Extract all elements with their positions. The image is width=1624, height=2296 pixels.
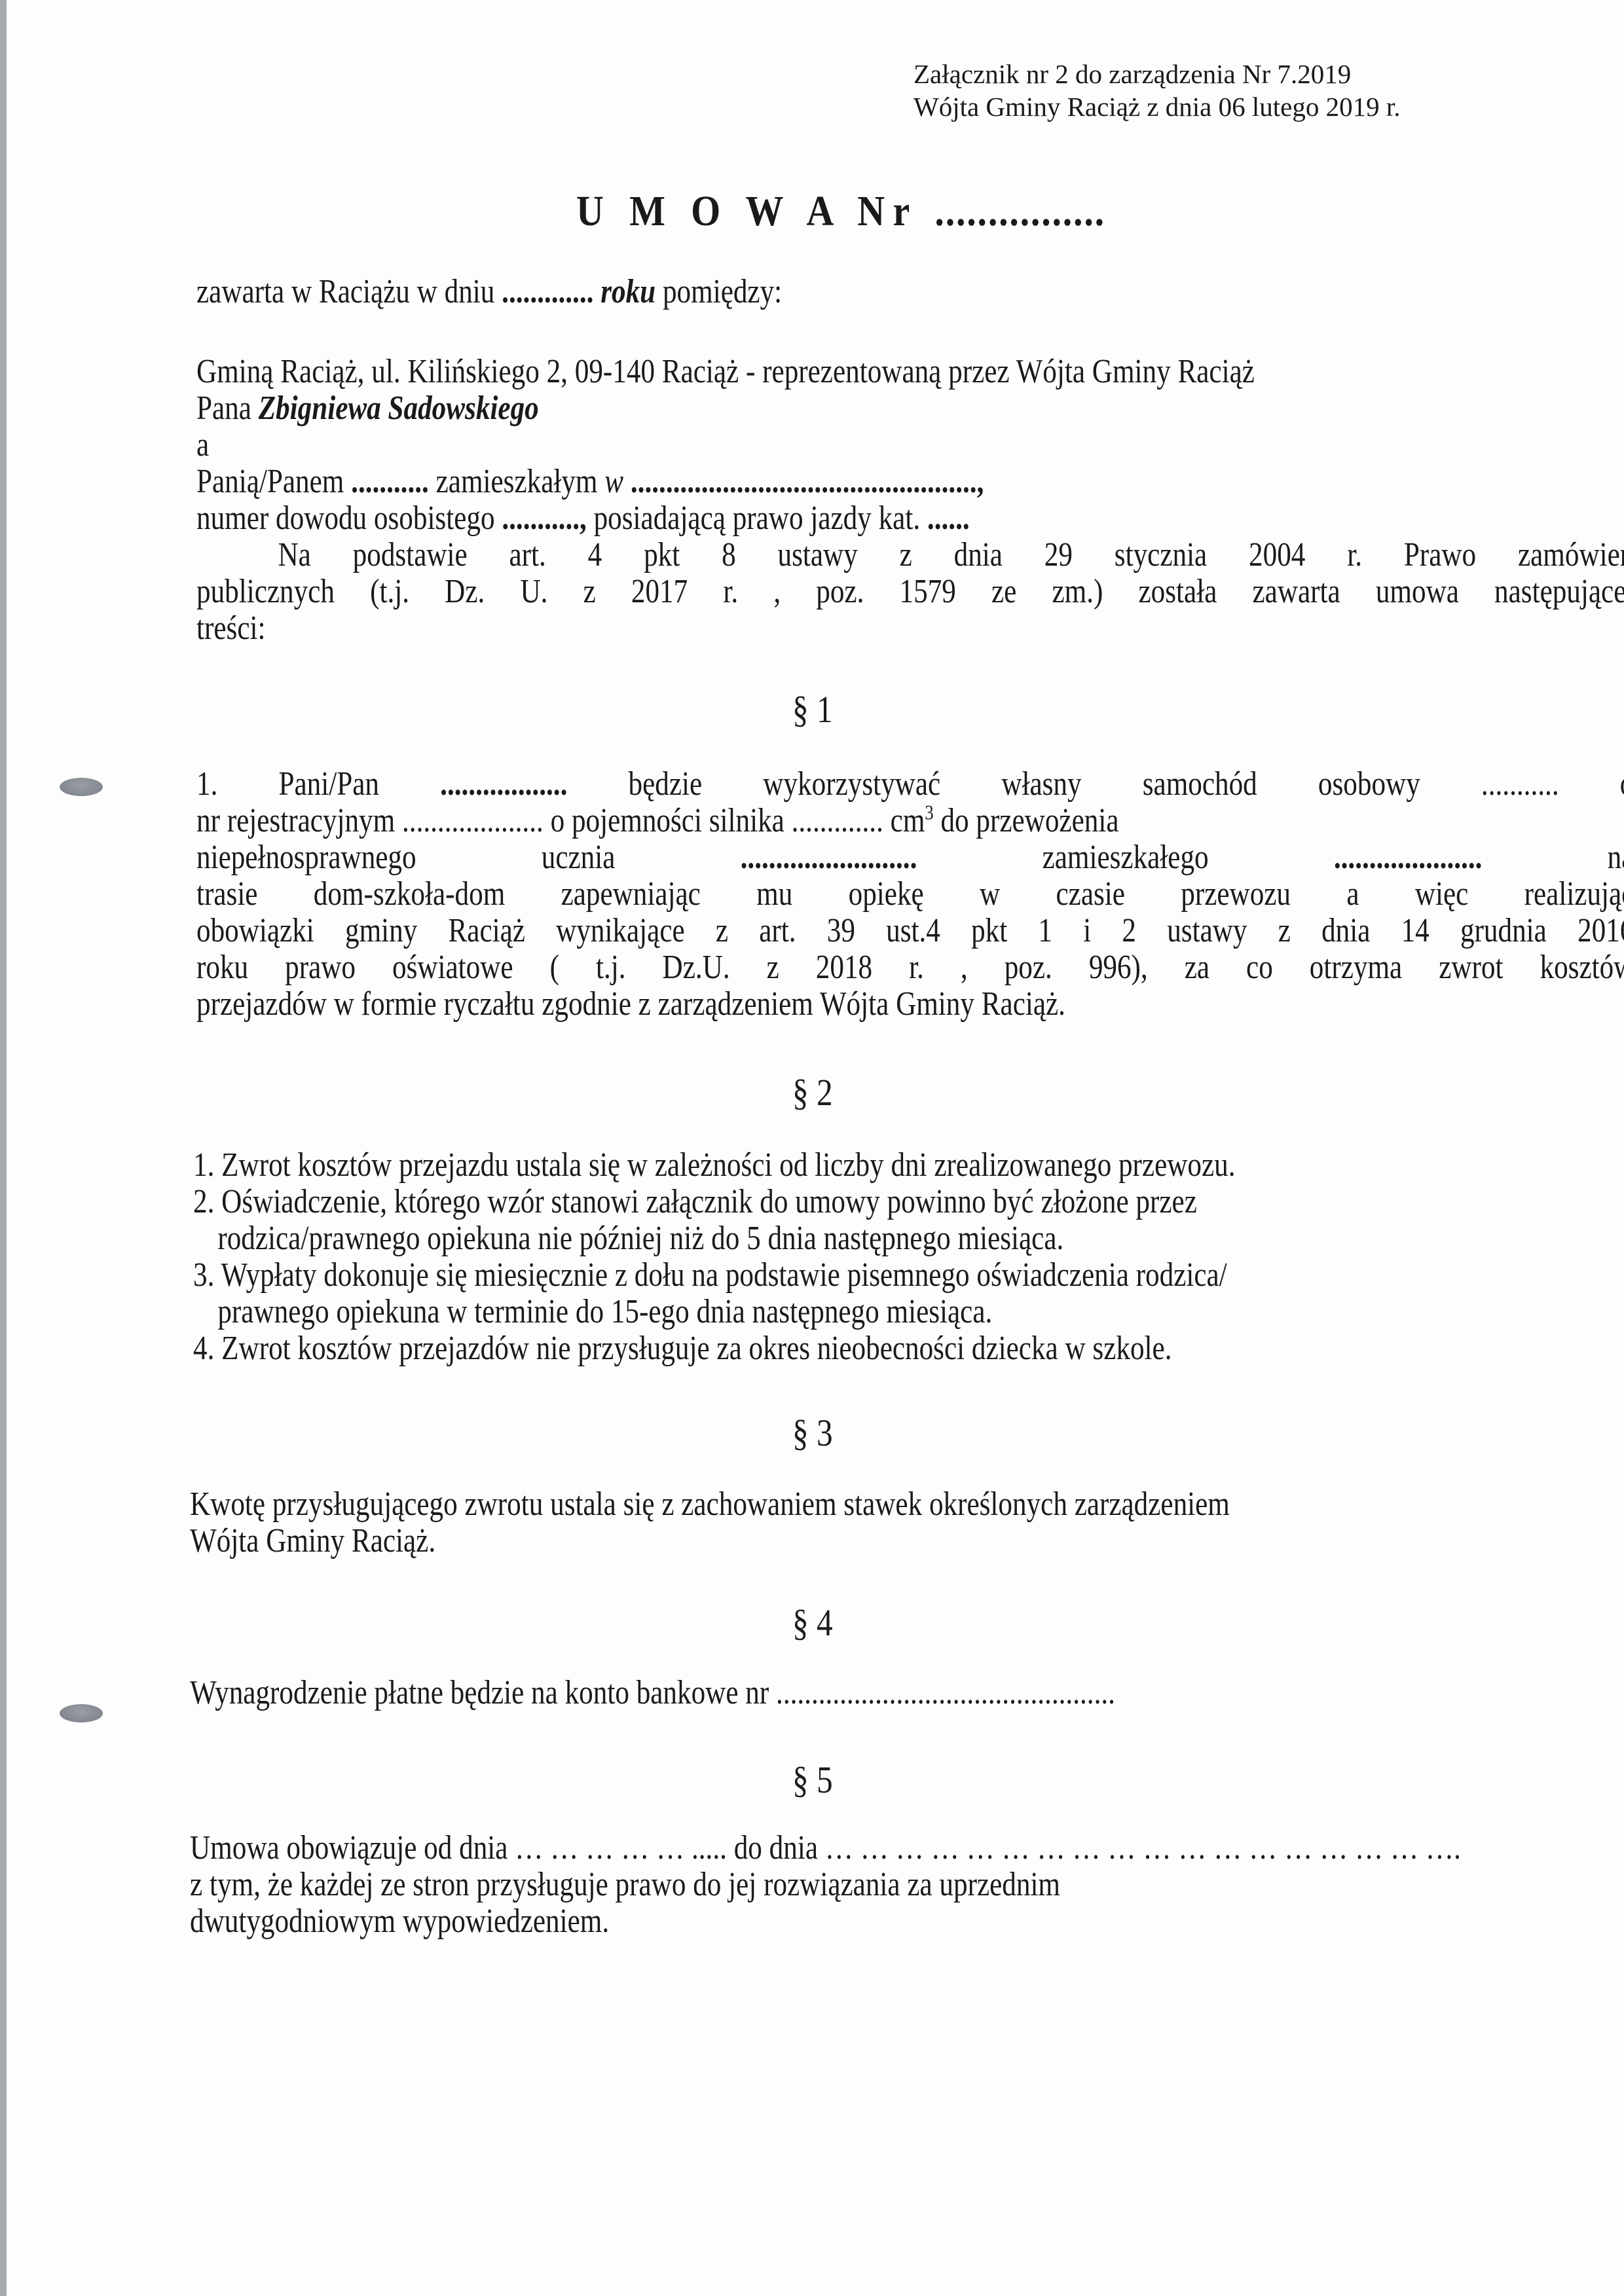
party2-prefix: Panią/Panem xyxy=(196,463,344,500)
section-1-line-3: niepełnosprawnego ucznia ...............… xyxy=(196,839,1624,876)
section-5-line-3: dwutygodniowym wypowiedzeniem. xyxy=(190,1903,1461,1940)
section-2-item-4: 4. Zwrot kosztów przejazdów nie przysług… xyxy=(193,1330,1236,1367)
bank-account-label: Wynagrodzenie płatne będzie na konto ban… xyxy=(190,1674,769,1711)
pana-label: Pana xyxy=(196,390,251,427)
attachment-header: Załącznik nr 2 do zarządzenia Nr 7.2019 … xyxy=(913,58,1401,123)
roku-label: roku xyxy=(600,273,655,310)
registration-label: nr rejestracyjnym xyxy=(196,802,395,839)
student-address-blank[interactable]: ..................... xyxy=(1334,839,1483,876)
between-label: pomiędzy: xyxy=(663,273,782,310)
student-name-blank[interactable]: ......................... xyxy=(741,839,917,876)
id-number-blank[interactable]: ..........., xyxy=(502,500,586,537)
section-1-line-6: roku prawo oświatowe ( t.j. Dz.U. z 2018… xyxy=(196,949,1624,986)
title-label: U M O W A Nr xyxy=(576,187,917,235)
section-2-item-2-cont: rodzica/prawnego opiekuna nie później ni… xyxy=(193,1220,1236,1257)
and-label: a xyxy=(196,427,209,464)
mayor-name: Zbigniewa Sadowskiego xyxy=(259,390,539,427)
valid-from-label: Umowa obowiązuje od dnia xyxy=(190,1829,507,1867)
section-1-body: 1. Pani/Pan .................. będzie wy… xyxy=(196,766,1624,1023)
party1-representative: Pana Zbigniewa Sadowskiego xyxy=(196,390,539,427)
section-4-mark: § 4 xyxy=(792,1601,833,1645)
section-2-item-1: 1. Zwrot kosztów przejazdu ustala się w … xyxy=(193,1147,1236,1184)
section-1-mark: § 1 xyxy=(792,687,833,731)
valid-to-blank[interactable]: … … … … … … … … … … … … … … … … … …. xyxy=(825,1829,1461,1867)
section-5-line-1: Umowa obowiązuje od dnia … … … … … .....… xyxy=(190,1830,1461,1867)
car-text: będzie wykorzystywać własny samochód oso… xyxy=(629,765,1420,803)
student-residing-label: zamieszkałego xyxy=(1043,839,1209,876)
student-label: niepełnosprawnego ucznia xyxy=(196,839,615,876)
section-1-line-5: obowiązki gminy Raciąż wynikające z art.… xyxy=(196,913,1624,949)
registration-blank[interactable]: .................... xyxy=(402,802,544,839)
section-2-mark: § 2 xyxy=(792,1070,833,1114)
bank-account-blank[interactable]: ........................................… xyxy=(776,1674,1115,1711)
section-5-mark: § 5 xyxy=(792,1758,833,1802)
engine-capacity-blank[interactable]: ............. xyxy=(792,802,883,839)
cm-unit: cm xyxy=(891,802,925,839)
pani-pan-label: 1. Pani/Pan xyxy=(196,765,379,803)
punch-hole-top xyxy=(60,778,103,796)
party2-name-blank[interactable]: ........... xyxy=(351,463,429,500)
section-1-line-2: nr rejestracyjnym .................... o… xyxy=(196,803,1624,839)
party2-address-blank[interactable]: ........................................… xyxy=(631,463,984,500)
concluded-prefix: zawarta w Raciążu w dniu xyxy=(196,273,494,310)
license-text: posiadającą prawo jazdy kat. xyxy=(594,500,921,537)
header-line-2: Wójta Gminy Raciąż z dnia 06 lutego 2019… xyxy=(913,90,1401,123)
punch-hole-bottom xyxy=(60,1704,103,1722)
section-1-line-7: przejazdów w formie ryczałtu zgodnie z z… xyxy=(196,986,1624,1023)
date-blank[interactable]: ............. xyxy=(502,273,593,310)
section-2-item-3: 3. Wypłaty dokonuje się miesięcznie z do… xyxy=(193,1257,1236,1294)
contract-number-blank[interactable]: ................ xyxy=(934,187,1105,235)
license-category-blank[interactable]: ...... xyxy=(927,500,970,537)
na-label: na xyxy=(1608,839,1624,876)
scan-edge-strip xyxy=(0,0,7,2296)
transport-label: do przewożenia xyxy=(940,802,1118,839)
id-prefix: numer dowodu osobistego xyxy=(196,500,495,537)
section-5-body: Umowa obowiązuje od dnia … … … … … .....… xyxy=(190,1830,1461,1940)
car-model-blank[interactable]: ........... xyxy=(1481,765,1559,803)
section-3-mark: § 3 xyxy=(792,1411,833,1455)
section-4-body: Wynagrodzenie płatne będzie na konto ban… xyxy=(190,1675,1115,1711)
legal-basis-line-3: treści: xyxy=(196,610,265,647)
concluded-line: zawarta w Raciążu w dniu ............. r… xyxy=(196,274,782,310)
party1-address: Gminą Raciąż, ul. Kilińskiego 2, 09-140 … xyxy=(196,353,1255,390)
valid-to-label: do dnia xyxy=(734,1829,818,1867)
header-line-1: Załącznik nr 2 do zarządzenia Nr 7.2019 xyxy=(913,58,1401,90)
party2-residing: zamieszkałym xyxy=(436,463,598,500)
section-2-list: 1. Zwrot kosztów przejazdu ustala się w … xyxy=(193,1147,1236,1367)
section-3-line-2: Wójta Gminy Raciąż. xyxy=(190,1523,1230,1559)
party2-w: w xyxy=(604,463,623,500)
id-line: numer dowodu osobistego ..........., pos… xyxy=(196,500,970,537)
cubic-superscript: 3 xyxy=(925,801,933,824)
section-3-body: Kwotę przysługującego zwrotu ustala się … xyxy=(190,1486,1230,1559)
legal-basis-line-2: publicznych (t.j. Dz. U. z 2017 r. , poz… xyxy=(196,574,1624,610)
o-label: o xyxy=(1620,765,1624,803)
section-3-line-1: Kwotę przysługującego zwrotu ustala się … xyxy=(190,1486,1230,1523)
section-2-item-2: 2. Oświadczenie, którego wzór stanowi za… xyxy=(193,1184,1236,1220)
section-2-item-3-cont: prawnego opiekuna w terminie do 15-ego d… xyxy=(193,1294,1236,1330)
valid-from-blank[interactable]: … … … … … ..... xyxy=(515,1829,727,1867)
legal-basis: Na podstawie art. 4 pkt 8 ustawy z dnia … xyxy=(196,537,1624,647)
section-5-line-2: z tym, że każdej ze stron przysługuje pr… xyxy=(190,1867,1461,1903)
engine-label: o pojemności silnika xyxy=(551,802,784,839)
section-1-line-1: 1. Pani/Pan .................. będzie wy… xyxy=(196,766,1624,803)
legal-basis-line-1: Na podstawie art. 4 pkt 8 ustawy z dnia … xyxy=(196,537,1624,574)
party2-line: Panią/Panem ........... zamieszkałym w .… xyxy=(196,464,984,500)
driver-name-blank[interactable]: .................. xyxy=(440,765,567,803)
section-1-line-4: trasie dom-szkoła-dom zapewniając mu opi… xyxy=(196,876,1624,913)
document-title: U M O W A Nr ................ xyxy=(576,187,1105,236)
party1-line: Gminą Raciąż, ul. Kilińskiego 2, 09-140 … xyxy=(196,354,1501,390)
